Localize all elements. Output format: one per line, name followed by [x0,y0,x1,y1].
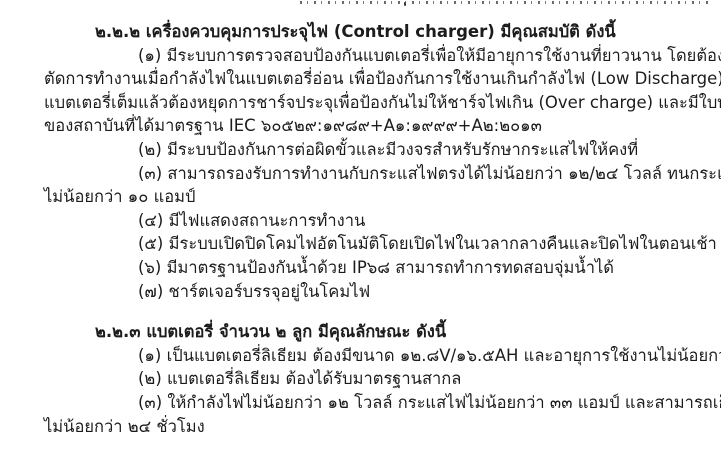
section-heading-battery: ๒.๒.๓ แบตเตอรี่ จำนวน ๒ ลูก มีคุณลักษณะ … [44,320,714,344]
clipped-text-speck [404,2,406,6]
clause-1-line: (๑) มีระบบการตรวจสอบป้องกันแบตเตอรี่เพื่… [44,44,714,68]
clause-1-continuation-line: แบตเตอรี่เต็มแล้วต้องหยุดการชาร์จประจุเพ… [44,91,714,115]
document-text-block: ๒.๒.๒ เครื่องควบคุมการประจุไฟ (Control c… [44,20,714,438]
clause-4-line: (๔) มีไฟแสดงสถานะการทำงาน [44,209,714,233]
clause-3-line: (๓) สามารถรองรับการทำงานกับกระแสไฟตรงได้… [44,162,714,186]
battery-clause-3-continuation-line: ไม่น้อยกว่า ๒๔ ชั่วโมง [44,415,714,439]
clause-3-continuation-line: ไม่น้อยกว่า ๑๐ แอมป์ [44,185,714,209]
clause-1-continuation-line: ของสถาบันที่ได้มาตรฐาน IEC ๖๐๕๒๙:๑๙๘๙+A๑… [44,114,714,138]
section-heading-control-charger: ๒.๒.๒ เครื่องควบคุมการประจุไฟ (Control c… [44,20,714,44]
clipped-previous-line-fragment [300,1,712,4]
clause-5-line: (๕) มีระบบเปิดปิดโคมไฟอัตโนมัติโดยเปิดไฟ… [44,232,714,256]
battery-clause-3-line: (๓) ให้กำลังไฟไม่น้อยกว่า ๑๒ โวลล์ กระแส… [44,391,714,415]
clause-1-continuation-line: ตัดการทำงานเมื่อกำลังไฟในแบตเตอรี่อ่อน เ… [44,67,714,91]
clause-6-line: (๖) มีมาตรฐานป้องกันน้ำด้วย IP๖๘ สามารถท… [44,256,714,280]
clause-2-line: (๒) มีระบบป้องกันการต่อผิดขั้วและมีวงจรส… [44,138,714,162]
battery-clause-2-line: (๒) แบตเตอรี่ลิเธียม ต้องได้รับมาตรฐานสา… [44,367,714,391]
clause-7-line: (๗) ชาร์ตเจอร์บรรจุอยู่ในโคมไฟ [44,280,714,304]
document-page: ๒.๒.๒ เครื่องควบคุมการประจุไฟ (Control c… [0,0,721,463]
battery-clause-1-line: (๑) เป็นแบตเตอรี่ลิเธียม ต้องมีขนาด ๑๒.๘… [44,344,714,368]
